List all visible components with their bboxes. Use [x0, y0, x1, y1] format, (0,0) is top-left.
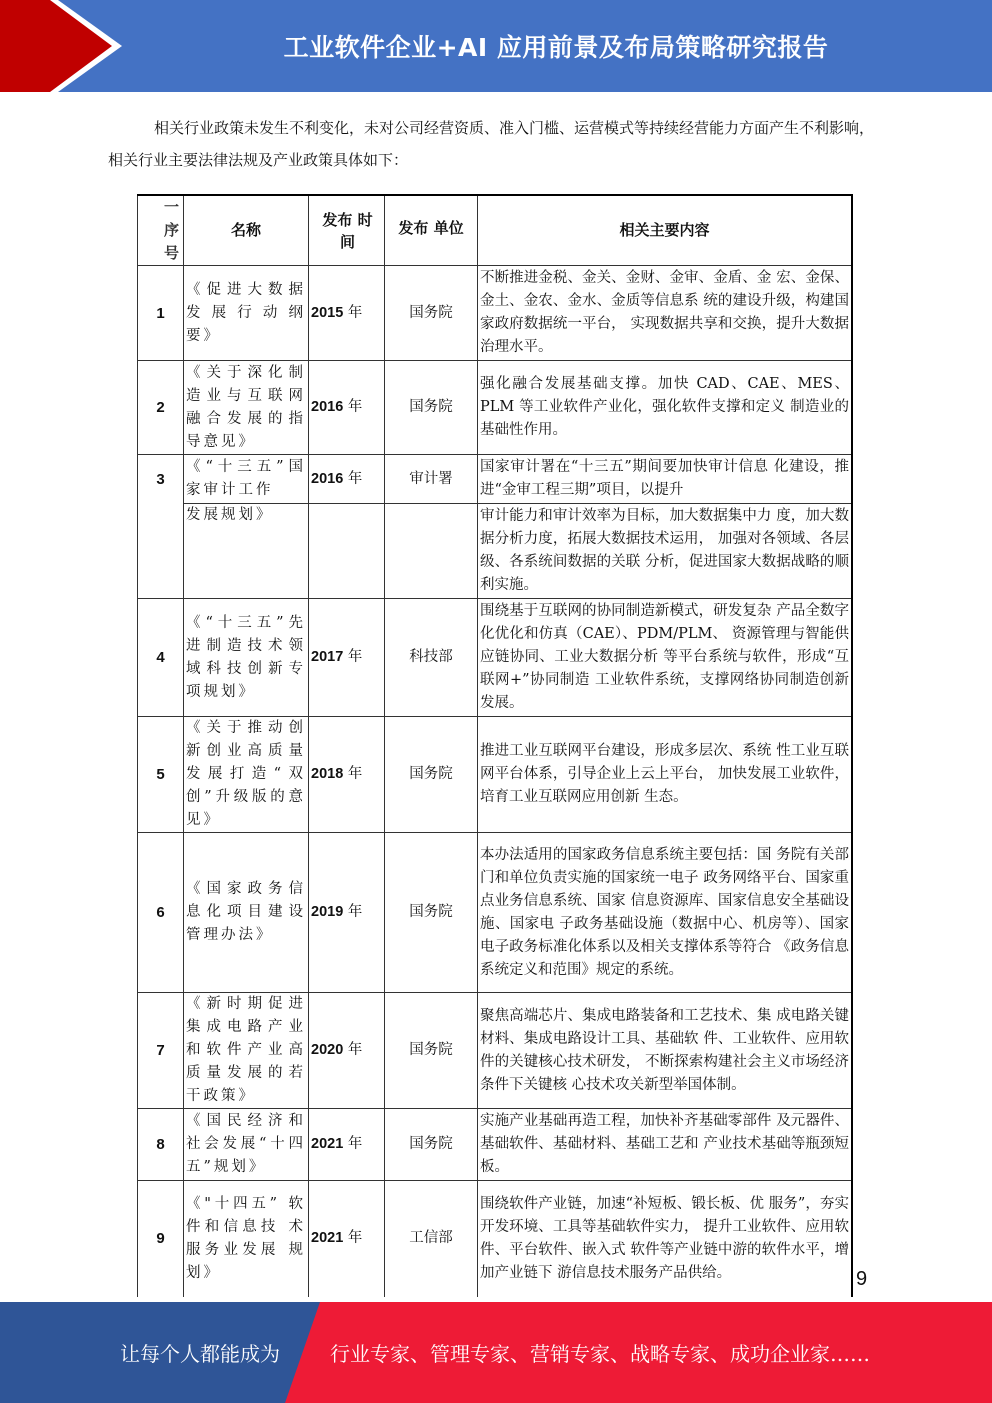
table-row: 3 《“十三五”国家审计工作 2016 年 审计署 国家审计署在“十三五”期间要…: [138, 455, 853, 504]
row-name: 发展规划》: [184, 504, 309, 599]
row-org: 国务院: [385, 361, 478, 455]
row-year: 2019 年: [309, 833, 385, 993]
row-content: 推进工业互联网平台建设，形成多层次、系统 性工业互联网平台体系，引导企业上云上平…: [478, 717, 853, 833]
row-org: 国务院: [385, 833, 478, 993]
header-no: 一序号: [138, 195, 184, 266]
footer-slogan-right: 行业专家、管理专家、营销专家、战略专家、成功企业家……: [330, 1338, 870, 1367]
row-org: 国务院: [385, 266, 478, 361]
row-year: 2020 年: [309, 993, 385, 1109]
row-no: 2: [138, 361, 184, 455]
row-no: 4: [138, 599, 184, 717]
table-row: 9 《"十四五” 软件和信息技 术服务业发展 规划》 2021 年 工信部 围绕…: [138, 1181, 853, 1297]
row-name: 《国民经济和社会发展“十四五”规划》: [184, 1109, 309, 1181]
row-content: 围绕基于互联网的协同制造新模式，研发复杂 产品全数字化优化和仿真（CAE）、PD…: [478, 599, 853, 717]
row-name: 《关于推动创新创业高质量发展打造“双创”升级版的意见》: [184, 717, 309, 833]
row-content: 聚焦高端芯片、集成电路装备和工艺技术、集 成电路关键材料、集成电路设计工具、基础…: [478, 993, 853, 1109]
table-row-continued: 发展规划》 审计能力和审计效率为目标，加大数据集中力 度，加大数据分析力度，拓展…: [138, 504, 853, 599]
row-no: 8: [138, 1109, 184, 1181]
row-org: 国务院: [385, 993, 478, 1109]
row-year: 2021 年: [309, 1181, 385, 1297]
row-org: [385, 504, 478, 599]
header-org: 发布 单位: [385, 195, 478, 266]
row-name: 《“十三五”国家审计工作: [184, 455, 309, 504]
row-content: 围绕软件产业链，加速“补短板、锻长板、优 服务”，夯实开发环境、工具等基础软件实…: [478, 1181, 853, 1297]
row-year: 2016 年: [309, 361, 385, 455]
row-no: 1: [138, 266, 184, 361]
row-no: 7: [138, 993, 184, 1109]
row-year: 2015 年: [309, 266, 385, 361]
policy-table: 一序号 名称 发布 时间 发布 单位 相关主要内容 1 《促进大数据发展行动纲 …: [137, 194, 853, 1297]
row-content: 本办法适用的国家政务信息系统主要包括：国 务院有关部门和单位负责实施的国家统一电…: [478, 833, 853, 993]
row-name: 《新时期促进集成电路产业和软件产业高质量发展的若干政策》: [184, 993, 309, 1109]
row-year: 2021 年: [309, 1109, 385, 1181]
table-row: 8 《国民经济和社会发展“十四五”规划》 2021 年 国务院 实施产业基础再造…: [138, 1109, 853, 1181]
row-content: 国家审计署在“十三五”期间要加快审计信息 化建设，推进“金审工程三期”项目，以提…: [478, 455, 853, 504]
table-row: 5 《关于推动创新创业高质量发展打造“双创”升级版的意见》 2018 年 国务院…: [138, 717, 853, 833]
row-no: [138, 504, 184, 599]
footer-slogan-left: 让每个人都能成为: [120, 1338, 280, 1367]
header-name: 名称: [184, 195, 309, 266]
row-content: 强化融合发展基础支撑。加快 CAD、CAE、MES、PLM 等工业软件产业化，强…: [478, 361, 853, 455]
row-name: 《关于深化制造业与互联网融合发展的指导意见》: [184, 361, 309, 455]
row-name: 《促进大数据发展行动纲 要》: [184, 266, 309, 361]
intro-paragraph: 相关行业政策未发生不利变化，未对公司经营资质、准入门槛、运营模式等持续经营能力方…: [108, 112, 888, 176]
table-row: 6 《国家政务信息化项目建设管理办法》 2019 年 国务院 本办法适用的国家政…: [138, 833, 853, 993]
row-org: 科技部: [385, 599, 478, 717]
chevron-arrow-icon: [0, 0, 130, 92]
row-year: 2016 年: [309, 455, 385, 504]
row-name: 《“十三五”先进制造技术领域科技创新专项规划》: [184, 599, 309, 717]
row-content: 不断推进金税、金关、金财、金审、金盾、金 宏、金保、金土、金农、金水、金质等信息…: [478, 266, 853, 361]
table-row: 2 《关于深化制造业与互联网融合发展的指导意见》 2016 年 国务院 强化融合…: [138, 361, 853, 455]
table-row: 7 《新时期促进集成电路产业和软件产业高质量发展的若干政策》 2020 年 国务…: [138, 993, 853, 1109]
footer-band: 让每个人都能成为 行业专家、管理专家、营销专家、战略专家、成功企业家……: [0, 1302, 992, 1403]
row-content: 审计能力和审计效率为目标，加大数据集中力 度，加大数据分析力度，拓展大数据技术运…: [478, 504, 853, 599]
row-name: 《"十四五” 软件和信息技 术服务业发展 规划》: [184, 1181, 309, 1297]
row-no: 6: [138, 833, 184, 993]
row-year: [309, 504, 385, 599]
row-name: 《国家政务信息化项目建设管理办法》: [184, 833, 309, 993]
row-content: 实施产业基础再造工程，加快补齐基础零部件 及元器件、基础软件、基础材料、基础工艺…: [478, 1109, 853, 1181]
row-no: 5: [138, 717, 184, 833]
report-header-band: 工业软件企业+AI 应用前景及布局策略研究报告: [0, 0, 992, 92]
row-year: 2017 年: [309, 599, 385, 717]
row-org: 国务院: [385, 717, 478, 833]
row-no: 3: [138, 455, 184, 504]
row-year: 2018 年: [309, 717, 385, 833]
row-org: 审计署: [385, 455, 478, 504]
table-header-row: 一序号 名称 发布 时间 发布 单位 相关主要内容: [138, 195, 853, 266]
row-org: 工信部: [385, 1181, 478, 1297]
report-title: 工业软件企业+AI 应用前景及布局策略研究报告: [160, 0, 952, 92]
row-no: 9: [138, 1181, 184, 1297]
table-row: 1 《促进大数据发展行动纲 要》 2015 年 国务院 不断推进金税、金关、金财…: [138, 266, 853, 361]
header-year: 发布 时间: [309, 195, 385, 266]
row-org: 国务院: [385, 1109, 478, 1181]
intro-text: 相关行业政策未发生不利变化，未对公司经营资质、准入门槛、运营模式等持续经营能力方…: [108, 112, 888, 176]
table-row: 4 《“十三五”先进制造技术领域科技创新专项规划》 2017 年 科技部 围绕基…: [138, 599, 853, 717]
page-number: 9: [856, 1268, 867, 1291]
header-content: 相关主要内容: [478, 195, 853, 266]
